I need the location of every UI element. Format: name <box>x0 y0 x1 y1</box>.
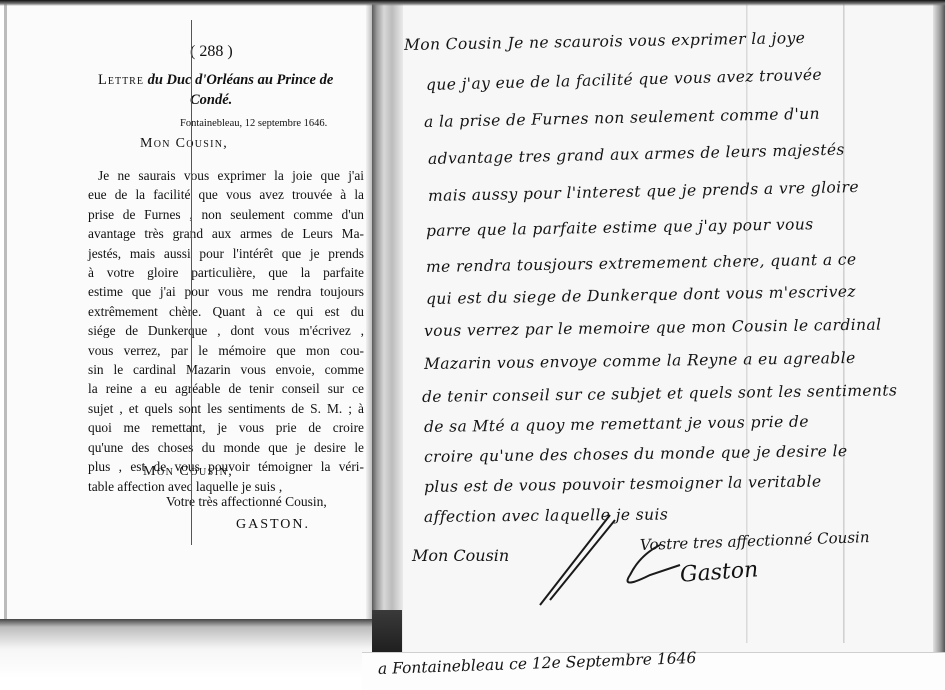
book-gutter <box>372 3 406 663</box>
body-line: estime que j'ai pour vous me rendra touj… <box>88 282 364 301</box>
body-line: Je ne saurais vous exprimer la joie que … <box>88 166 364 185</box>
body-line: qu'une des choses du monde que je desire… <box>88 438 364 457</box>
body-line: extrêmement chère. Quant à ce qui est du <box>88 302 364 321</box>
body-line: eue de la facilité que vous avez trouvée… <box>88 185 364 204</box>
heading-title-line2: Condé. <box>98 90 370 110</box>
signature-flourish-icon <box>510 505 710 615</box>
printed-salutation: Mon Cousin, <box>140 136 228 152</box>
body-line: avantage très grand aux armes de Leurs M… <box>88 224 364 243</box>
body-line: sujet , et quels sont les sentiments de … <box>88 399 364 418</box>
body-line: la reine a eu agréable de tenir conseil … <box>88 379 364 398</box>
heading-title-line1: du Duc d'Orléans au Prince de <box>144 72 333 88</box>
body-line: vous verrez, par le mémoire que mon cou- <box>88 341 364 360</box>
handwritten-closing-salutation: Mon Cousin <box>412 546 509 565</box>
printed-letter-body: Je ne saurais vous exprimer la joie que … <box>88 166 364 496</box>
body-line: sin le cardinal Mazarin vous envoie, com… <box>88 360 364 379</box>
body-line: quoi me remettant, je vous prie de croir… <box>88 418 364 437</box>
heading-prefix: Lettre <box>98 72 144 88</box>
page-edge-shadow <box>933 3 945 690</box>
page-fold-line <box>191 20 192 545</box>
printed-signature: GASTON. <box>236 517 310 533</box>
body-line: à votre gloire particulière, que la parf… <box>88 263 364 282</box>
scan-top-edge <box>0 0 945 6</box>
body-line: prise de Furnes , non seulement comme d'… <box>88 205 364 224</box>
page-underside-shadow <box>0 619 380 690</box>
body-line: siége de Dunkerque , dont vous m'écrivez… <box>88 321 364 340</box>
page-number: ( 288 ) <box>190 43 280 61</box>
printed-dateline: Fontainebleau, 12 septembre 1646. <box>180 118 370 129</box>
printed-closing-salutation: Mon Cousin, <box>143 464 233 480</box>
letter-heading: Lettre du Duc d'Orléans au Prince de Con… <box>98 70 370 110</box>
body-line: jestés, mais aussi pour l'intérêt que je… <box>88 244 364 263</box>
